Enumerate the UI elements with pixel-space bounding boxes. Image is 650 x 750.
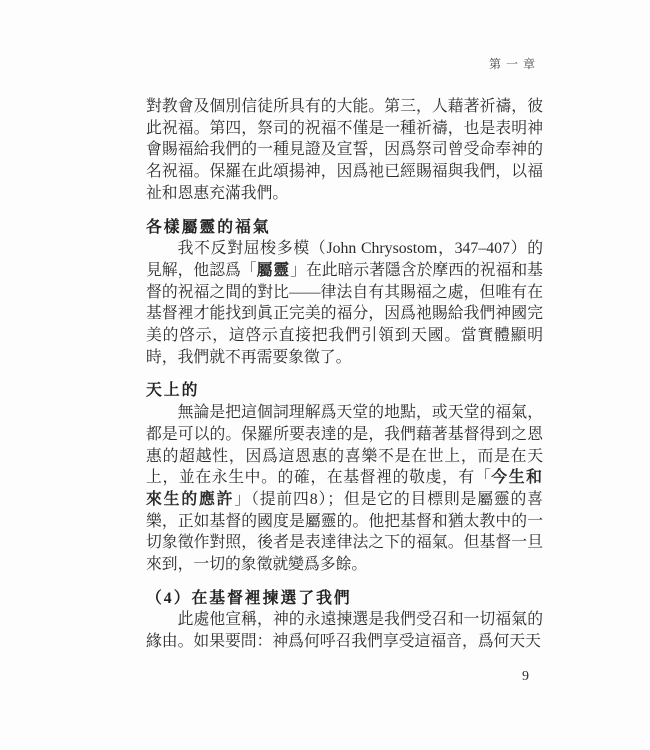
body-paragraph: 我不反對屈梭多模（John Chrysostom，347–407）的見解，他認爲…	[146, 238, 543, 368]
section-heading: （4）在基督裡揀選了我們	[146, 588, 543, 610]
text-run: 無論是把這個詞理解爲天堂的地點，或天堂的福氣，都是可以的。保羅所要表達的是，我們…	[146, 404, 543, 486]
section-heading: 各樣屬靈的福氣	[146, 217, 543, 239]
text-run: （4）在基督裡揀選了我們	[146, 590, 352, 607]
text-column: 對教會及個別信徒所具有的大能。第三，人藉著祈禱，彼此祝福。第四，祭司的祝福不僅是…	[146, 96, 543, 653]
emphasis-text: 屬靈	[257, 262, 291, 279]
text-run: 此處他宣稱，神的永遠揀選是我們受召和一切福氣的緣由。如果要問：神爲何呼召我們享受…	[146, 611, 543, 650]
body-paragraph: 此處他宣稱，神的永遠揀選是我們受召和一切福氣的緣由。如果要問：神爲何呼召我們享受…	[146, 609, 543, 652]
running-header: 第一章	[489, 55, 540, 72]
book-page: 第一章 對教會及個別信徒所具有的大能。第三，人藉著祈禱，彼此祝福。第四，祭司的祝…	[0, 0, 650, 750]
section-heading: 天上的	[146, 380, 543, 402]
text-run: 對教會及個別信徒所具有的大能。第三，人藉著祈禱，彼此祝福。第四，祭司的祝福不僅是…	[146, 98, 543, 202]
page-number: 9	[522, 669, 529, 685]
body-paragraph: 對教會及個別信徒所具有的大能。第三，人藉著祈禱，彼此祝福。第四，祭司的祝福不僅是…	[146, 96, 543, 205]
text-run: 各樣屬靈的福氣	[146, 219, 271, 236]
text-run: 天上的	[146, 382, 199, 399]
body-paragraph: 無論是把這個詞理解爲天堂的地點，或天堂的福氣，都是可以的。保羅所要表達的是，我們…	[146, 402, 543, 576]
